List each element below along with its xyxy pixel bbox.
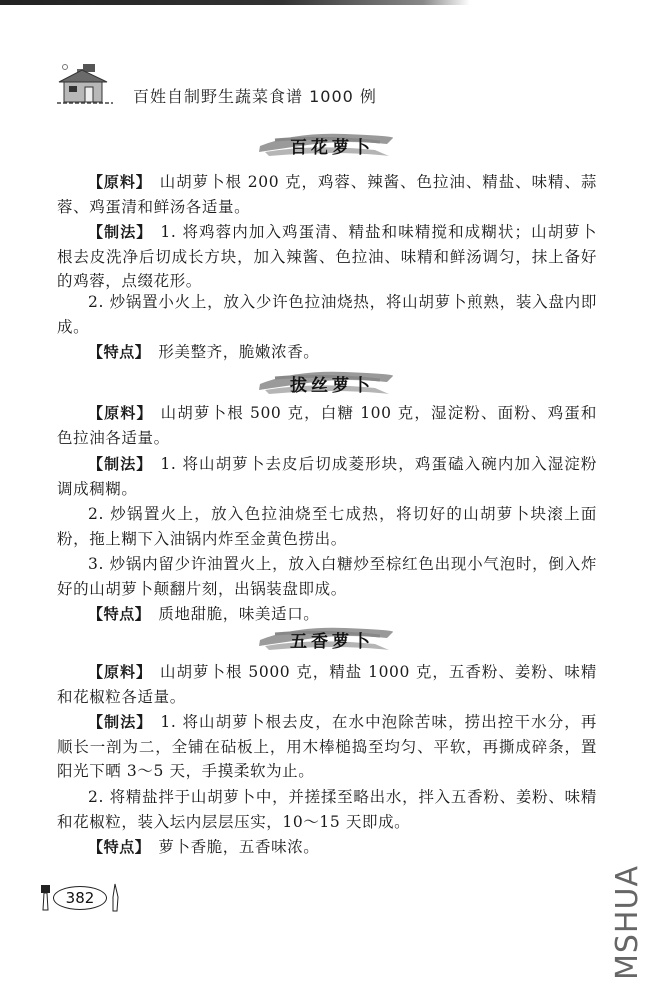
ingredients-label: 【原料】 (88, 663, 152, 681)
ingredients-paragraph: 【原料】山胡萝卜根 200 克，鸡蓉、辣酱、色拉油、精盐、味精、蒜蓉、鸡蛋清和鲜… (57, 170, 597, 219)
method-paragraph: 【制法】1. 将山胡萝卜去皮后切成菱形块，鸡蛋磕入碗内加入湿淀粉调成稠糊。 (57, 452, 597, 501)
method-step: 2. 炒锅置小火上，放入少许色拉油烧热，将山胡萝卜煎熟，装入盘内即成。 (57, 293, 597, 336)
recipe-title-banner: 五香萝卜 (0, 622, 664, 656)
ingredients-paragraph: 【原料】山胡萝卜根 5000 克，精盐 1000 克，五香粉、姜粉、味精和花椒粒… (57, 660, 597, 709)
features-paragraph: 【特点】萝卜香脆，五香味浓。 (57, 835, 597, 860)
method-label: 【制法】 (88, 713, 152, 731)
ingredients-paragraph: 【原料】山胡萝卜根 500 克，白糖 100 克，湿淀粉、面粉、鸡蛋和色拉油各适… (57, 401, 597, 450)
features-text: 形美整齐，脆嫩浓香。 (158, 343, 319, 361)
features-label: 【特点】 (88, 838, 150, 856)
method-label: 【制法】 (88, 223, 152, 241)
method-label: 【制法】 (88, 455, 152, 473)
method-step-paragraph: 2. 将精盐拌于山胡萝卜中，并搓揉至略出水，拌入五香粉、姜粉、味精和花椒粒，装入… (57, 785, 597, 834)
ingredients-label: 【原料】 (88, 173, 152, 191)
features-text: 质地甜脆，味美适口。 (158, 605, 319, 623)
recipe-title-banner: 百花萝卜 (0, 128, 664, 162)
method-step: 2. 将精盐拌于山胡萝卜中，并搓揉至略出水，拌入五香粉、姜粉、味精和花椒粒，装入… (57, 788, 597, 831)
recipe-title-banner: 拔丝萝卜 (0, 366, 664, 400)
features-text: 萝卜香脆，五香味浓。 (158, 838, 319, 856)
running-header: 百姓自制野生蔬菜食谱 1000 例 (55, 60, 455, 110)
house-icon (55, 60, 115, 106)
watermark: MSHUA (610, 865, 645, 980)
features-paragraph: 【特点】形美整齐，脆嫩浓香。 (57, 340, 597, 365)
recipe-title: 五香萝卜 (0, 627, 664, 652)
method-paragraph: 【制法】1. 将山胡萝卜根去皮，在水中泡除苦味，捞出控干水分，再顺长一剖为二，全… (57, 710, 597, 784)
features-label: 【特点】 (88, 605, 150, 623)
method-step-paragraph: 2. 炒锅置火上，放入色拉油烧至七成热，将切好的山胡萝卜块滚上面粉，拖上糊下入油… (57, 502, 597, 551)
method-step: 3. 炒锅内留少许油置火上，放入白糖炒至棕红色出现小气泡时，倒入炸好的山胡萝卜颠… (57, 555, 597, 598)
page-number-badge: 382 (40, 883, 120, 913)
method-paragraph: 【制法】1. 将鸡蓉内加入鸡蛋清、精盐和味精搅和成糊状；山胡萝卜根去皮洗净后切成… (57, 220, 597, 294)
recipe-title: 拔丝萝卜 (0, 371, 664, 396)
book-title: 百姓自制野生蔬菜食谱 1000 例 (133, 84, 377, 107)
method-step-paragraph: 2. 炒锅置小火上，放入少许色拉油烧热，将山胡萝卜煎熟，装入盘内即成。 (57, 290, 597, 339)
scan-edge-band (0, 0, 470, 5)
recipe-title: 百花萝卜 (0, 133, 664, 158)
fork-icon (40, 883, 52, 913)
knife-icon (110, 883, 120, 913)
features-label: 【特点】 (88, 343, 150, 361)
page-number: 382 (53, 886, 107, 910)
method-step-paragraph: 3. 炒锅内留少许油置火上，放入白糖炒至棕红色出现小气泡时，倒入炸好的山胡萝卜颠… (57, 552, 597, 601)
ingredients-label: 【原料】 (88, 404, 153, 422)
method-step: 2. 炒锅置火上，放入色拉油烧至七成热，将切好的山胡萝卜块滚上面粉，拖上糊下入油… (57, 505, 597, 548)
